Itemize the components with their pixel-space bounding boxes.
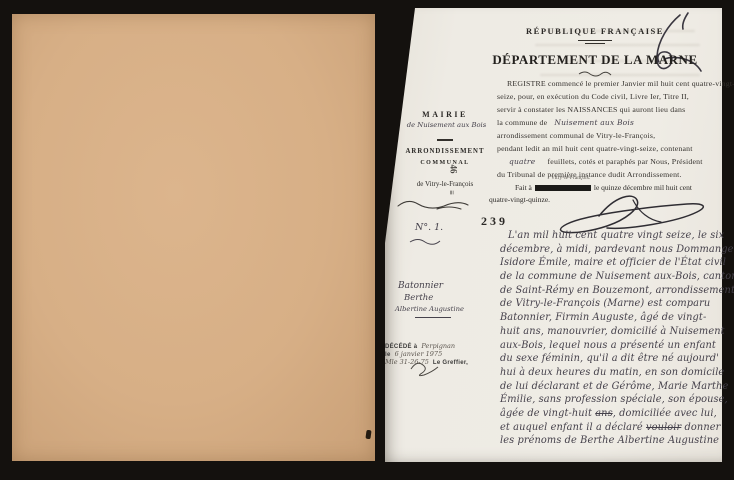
struck-word: ans xyxy=(595,408,612,419)
act-text: et auquel enfant il a déclaré xyxy=(500,422,646,433)
archive-stamp-number: 46 xyxy=(449,165,459,174)
registre-printed: feuillets, cotés et paraphés par Nous, P… xyxy=(548,157,703,166)
registre-line: servir à constater les NAISSANCES qui au… xyxy=(497,105,685,114)
registre-line: quatre feuillets, cotés et paraphés par … xyxy=(497,157,703,166)
registre-line: la commune de Nuisement aux Bois xyxy=(497,118,634,127)
margin-firstname: Berthe xyxy=(404,293,433,303)
blank-cover-page xyxy=(12,14,375,461)
act-text-line: de Saint-Rémy en Bouzemont, arrondisseme… xyxy=(500,285,732,297)
act-number-underline xyxy=(409,238,441,246)
registre-line: pendant ledit an mil huit cent quatre-vi… xyxy=(497,144,693,153)
act-text-line: Émilie, sans profession spéciale, son ép… xyxy=(500,394,732,406)
act-text: âgée de vingt-huit xyxy=(500,408,595,419)
registre-line: seize, pour, en exécution du Code civil,… xyxy=(497,92,689,101)
department-title: DÉPARTEMENT DE LA MARNE xyxy=(465,52,725,68)
act-text-line: et auquel enfant il a déclaré vouloir do… xyxy=(500,422,732,434)
act-text-line: du sexe féminin, qu'il a dit être né auj… xyxy=(500,353,732,365)
act-text-line: de lui déclarant et de Gérôme, Marie Mar… xyxy=(500,381,732,393)
archive-stamp-mark: ≡ xyxy=(447,190,456,195)
register-page: RÉPUBLIQUE FRANÇAISE DÉPARTEMENT DE LA M… xyxy=(385,8,722,462)
act-text: , domiciliée avec lui, xyxy=(613,408,717,419)
header-rule xyxy=(578,40,612,41)
registre-printed: la commune de xyxy=(497,118,547,127)
feuillets-count-handwritten: quatre xyxy=(509,157,535,166)
act-text-line: huit ans, manouvrier, domicilié à Nuisem… xyxy=(500,326,732,338)
act-text-line: de Vitry-le-François (Marne) est comparu xyxy=(500,298,732,310)
greffier-signature-icon xyxy=(407,359,441,375)
fait-pre: Fait à xyxy=(515,183,532,192)
page-number: 239 xyxy=(481,214,508,229)
margin-name-underline xyxy=(415,317,451,318)
arrondissement-label: ARRONDISSEMENT xyxy=(395,148,495,155)
margin-surname: Batonnier xyxy=(398,281,443,291)
act-text-line: les prénoms de Berthe Albertine Augustin… xyxy=(500,435,732,447)
flourish-line xyxy=(397,196,469,212)
act-text-line: aux-Bois, lequel nous a présenté un enfa… xyxy=(500,340,732,352)
act-text-line: L'an mil huit cent quatre vingt seize, l… xyxy=(500,230,734,242)
place-overprint: Vitry-le-François. xyxy=(551,175,590,181)
registre-line: arrondissement communal de Vitry-le-Fran… xyxy=(497,131,655,140)
mairie-label: MAIRIE xyxy=(395,110,495,119)
act-text-line: hui à deux heures du matin, en son domic… xyxy=(500,367,732,379)
ornament-rule xyxy=(578,71,612,77)
act-text-line: décembre, à midi, pardevant nous Dommang… xyxy=(500,244,732,256)
act-text-line: âgée de vingt-huit ans, domiciliée avec … xyxy=(500,408,732,420)
act-text-line: de la commune de Nuisement aux-Bois, can… xyxy=(500,271,732,283)
act-text-line: Batonnier, Firmin Auguste, âgé de vingt- xyxy=(500,312,732,324)
header-rule xyxy=(585,43,605,44)
struck-word: vouloir xyxy=(646,422,681,433)
registre-line: REGISTRE commencé le premier Janvier mil… xyxy=(507,79,734,88)
side-rule xyxy=(437,139,453,141)
commune-name-handwritten: Nuisement aux Bois xyxy=(554,118,634,127)
paraph-flourish-icon xyxy=(628,11,706,81)
act-text: donner xyxy=(681,422,720,433)
arrondissement-value: de Vitry-le-François xyxy=(395,180,495,188)
mairie-commune-handwritten: de Nuisement aux Bois xyxy=(399,121,494,129)
act-number: N°. 1. xyxy=(415,222,443,233)
republic-title: RÉPUBLIQUE FRANÇAISE xyxy=(495,26,695,36)
act-text-line: Isidore Émile, maire et officier de l'Ét… xyxy=(500,257,732,269)
margin-other-names: Albertine Augustine xyxy=(395,305,464,313)
communal-label: COMMUNAL xyxy=(395,160,495,166)
binding-staple xyxy=(365,430,371,440)
